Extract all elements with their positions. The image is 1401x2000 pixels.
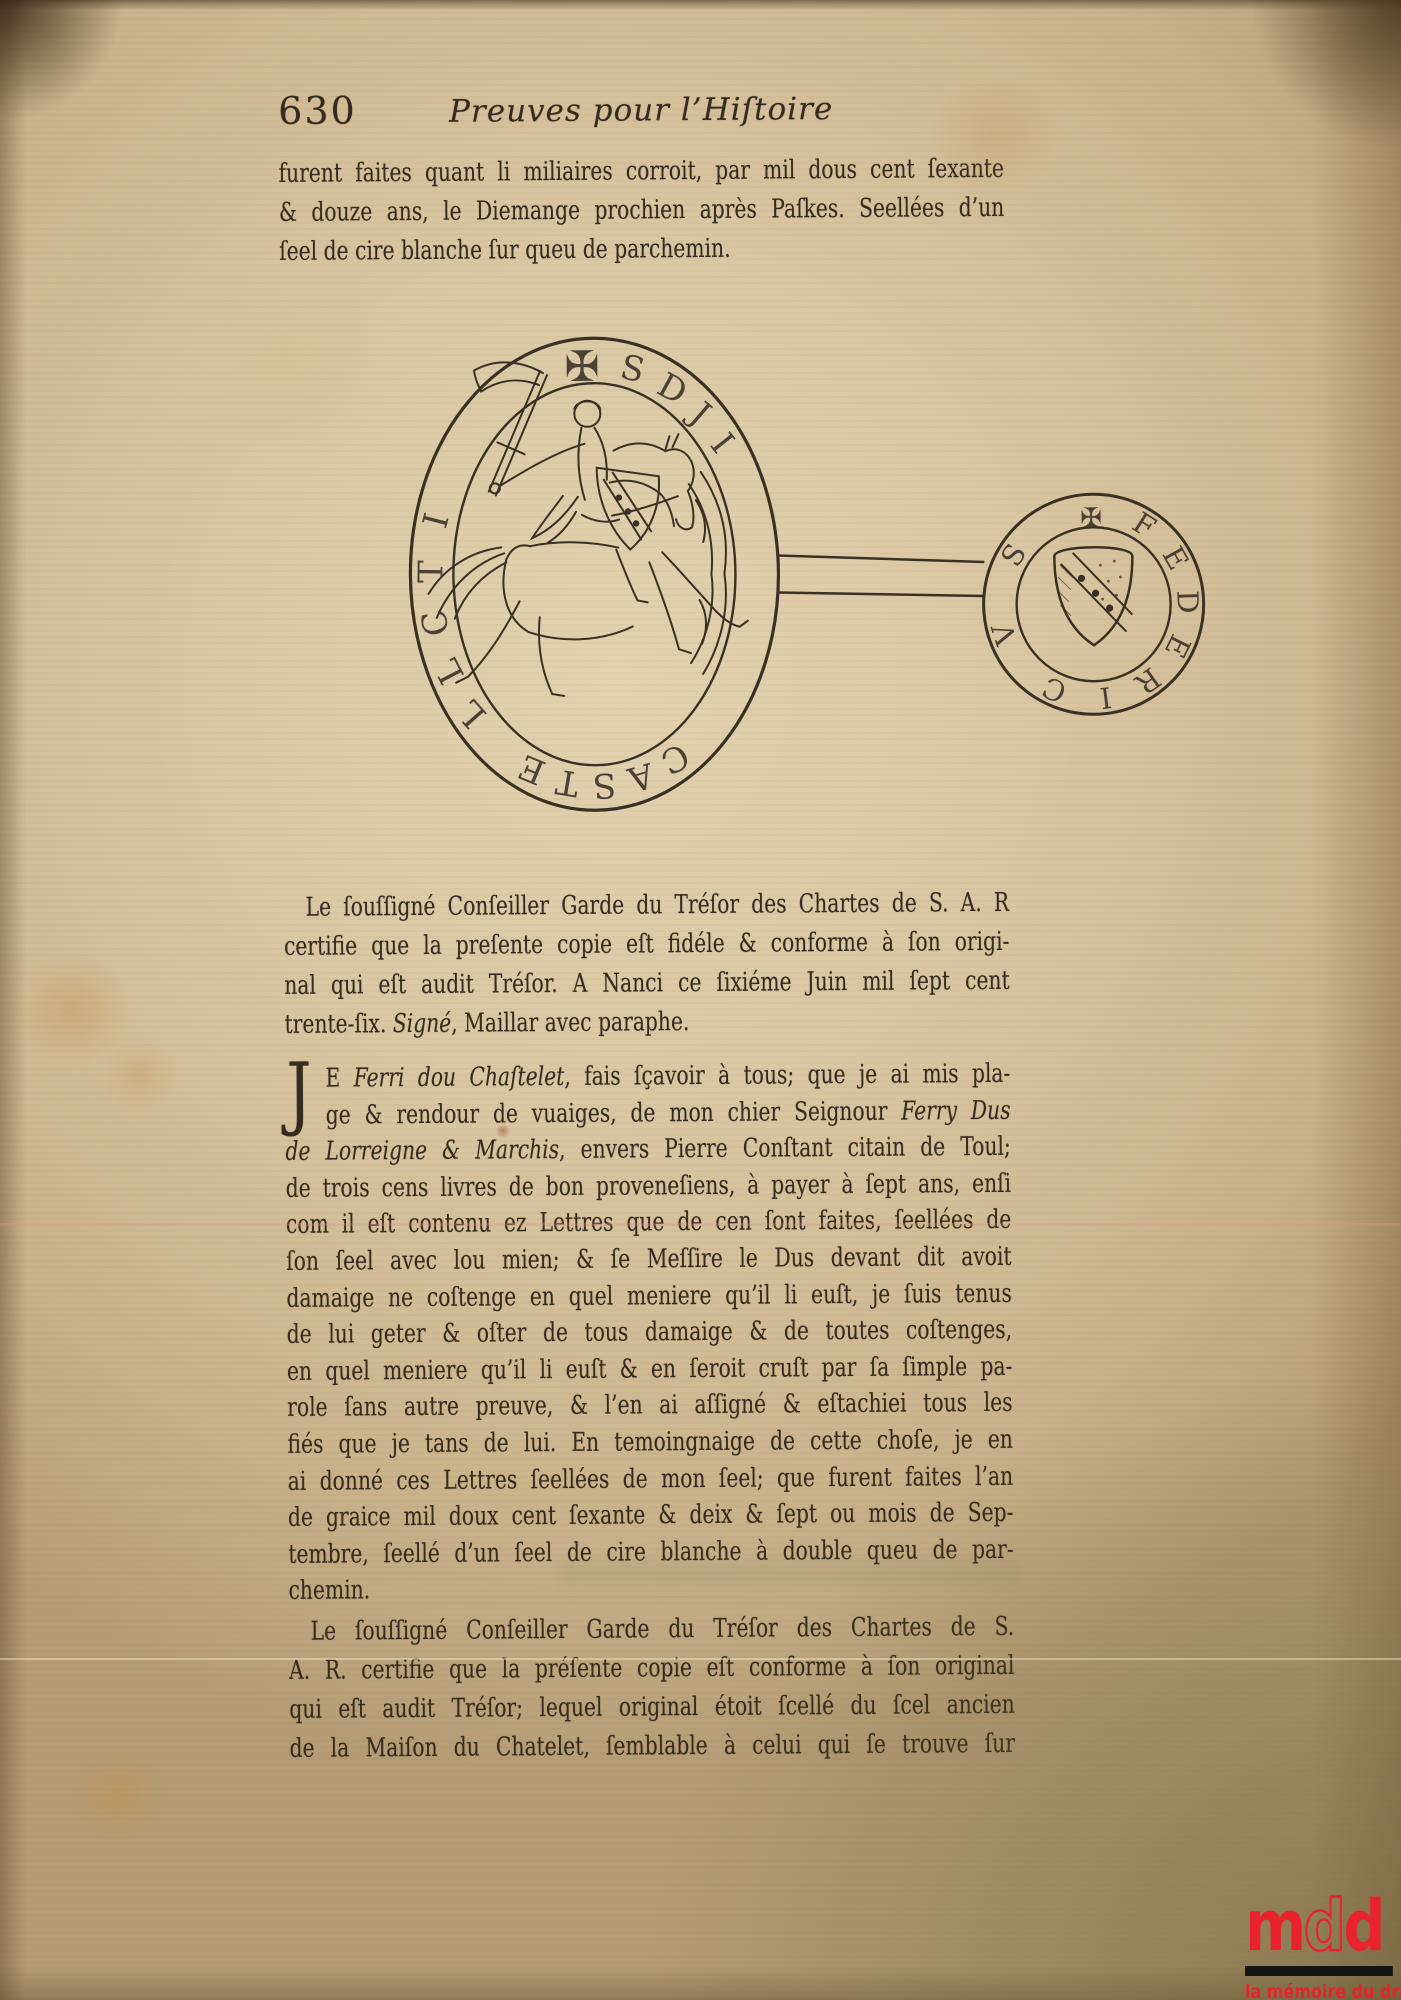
svg-text:L: L (427, 652, 473, 690)
svg-text:I: I (416, 509, 458, 532)
svg-text:T: T (553, 761, 582, 804)
svg-text:J: J (680, 393, 719, 434)
svg-text:✠: ✠ (564, 342, 600, 391)
page-content: 630 Preuves pour l’Hiſtoire furent faite… (0, 0, 1401, 2000)
mdd-logo-letter: d (1343, 1885, 1383, 1967)
svg-text:C: C (413, 606, 458, 641)
svg-text:D: D (1170, 590, 1205, 614)
mdd-tagline: la mémoire du droit (1245, 1981, 1393, 2000)
svg-text:T: T (411, 560, 451, 583)
intro-paragraph: furent faites quant li miliaires corroit… (278, 150, 1004, 272)
svg-text:S: S (592, 764, 618, 805)
running-title: Preuves pour l’Hiſtoire (278, 90, 1004, 131)
certification-paragraph-2: Le ſouſſigné Conſeiller Garde du Tréſor … (289, 1608, 1015, 1769)
seal-legend-letters: ✠SDJICASTELLCTI✠FEDERICVS (410, 337, 1207, 806)
main-seal-illustration (409, 337, 780, 812)
mdd-logo-letter: d (1304, 1885, 1344, 1967)
certification-paragraph-1: Le ſouſſigné Conſeiller Garde du Tréſor … (284, 884, 1010, 1045)
svg-text:✠: ✠ (1080, 503, 1102, 533)
parchment-tag-lines (778, 554, 984, 597)
book-page-scan: 630 Preuves pour l’Hiſtoire furent faite… (0, 0, 1401, 2000)
svg-text:S: S (616, 347, 648, 391)
mdd-logo: mdd (1245, 1893, 1393, 1960)
svg-text:I: I (702, 426, 742, 461)
act-paragraph: J E Ferri dou Chaſtelet, fais ſçavoir à … (285, 1056, 1014, 1610)
svg-text:A: A (623, 754, 659, 800)
svg-text:I: I (1098, 680, 1114, 715)
mdd-logo-bar (1245, 1966, 1393, 1976)
mdd-watermark: mdd la mémoire du droit (1245, 1893, 1393, 2000)
svg-text:R: R (1128, 661, 1166, 702)
drop-cap-initial: J (286, 1055, 312, 1131)
svg-text:V: V (985, 618, 1025, 651)
seal-engraving-plate: ✠SDJICASTELLCTI✠FEDERICVS (377, 296, 1221, 832)
mdd-logo-letter: m (1245, 1885, 1304, 1967)
svg-text:F: F (1127, 505, 1162, 544)
